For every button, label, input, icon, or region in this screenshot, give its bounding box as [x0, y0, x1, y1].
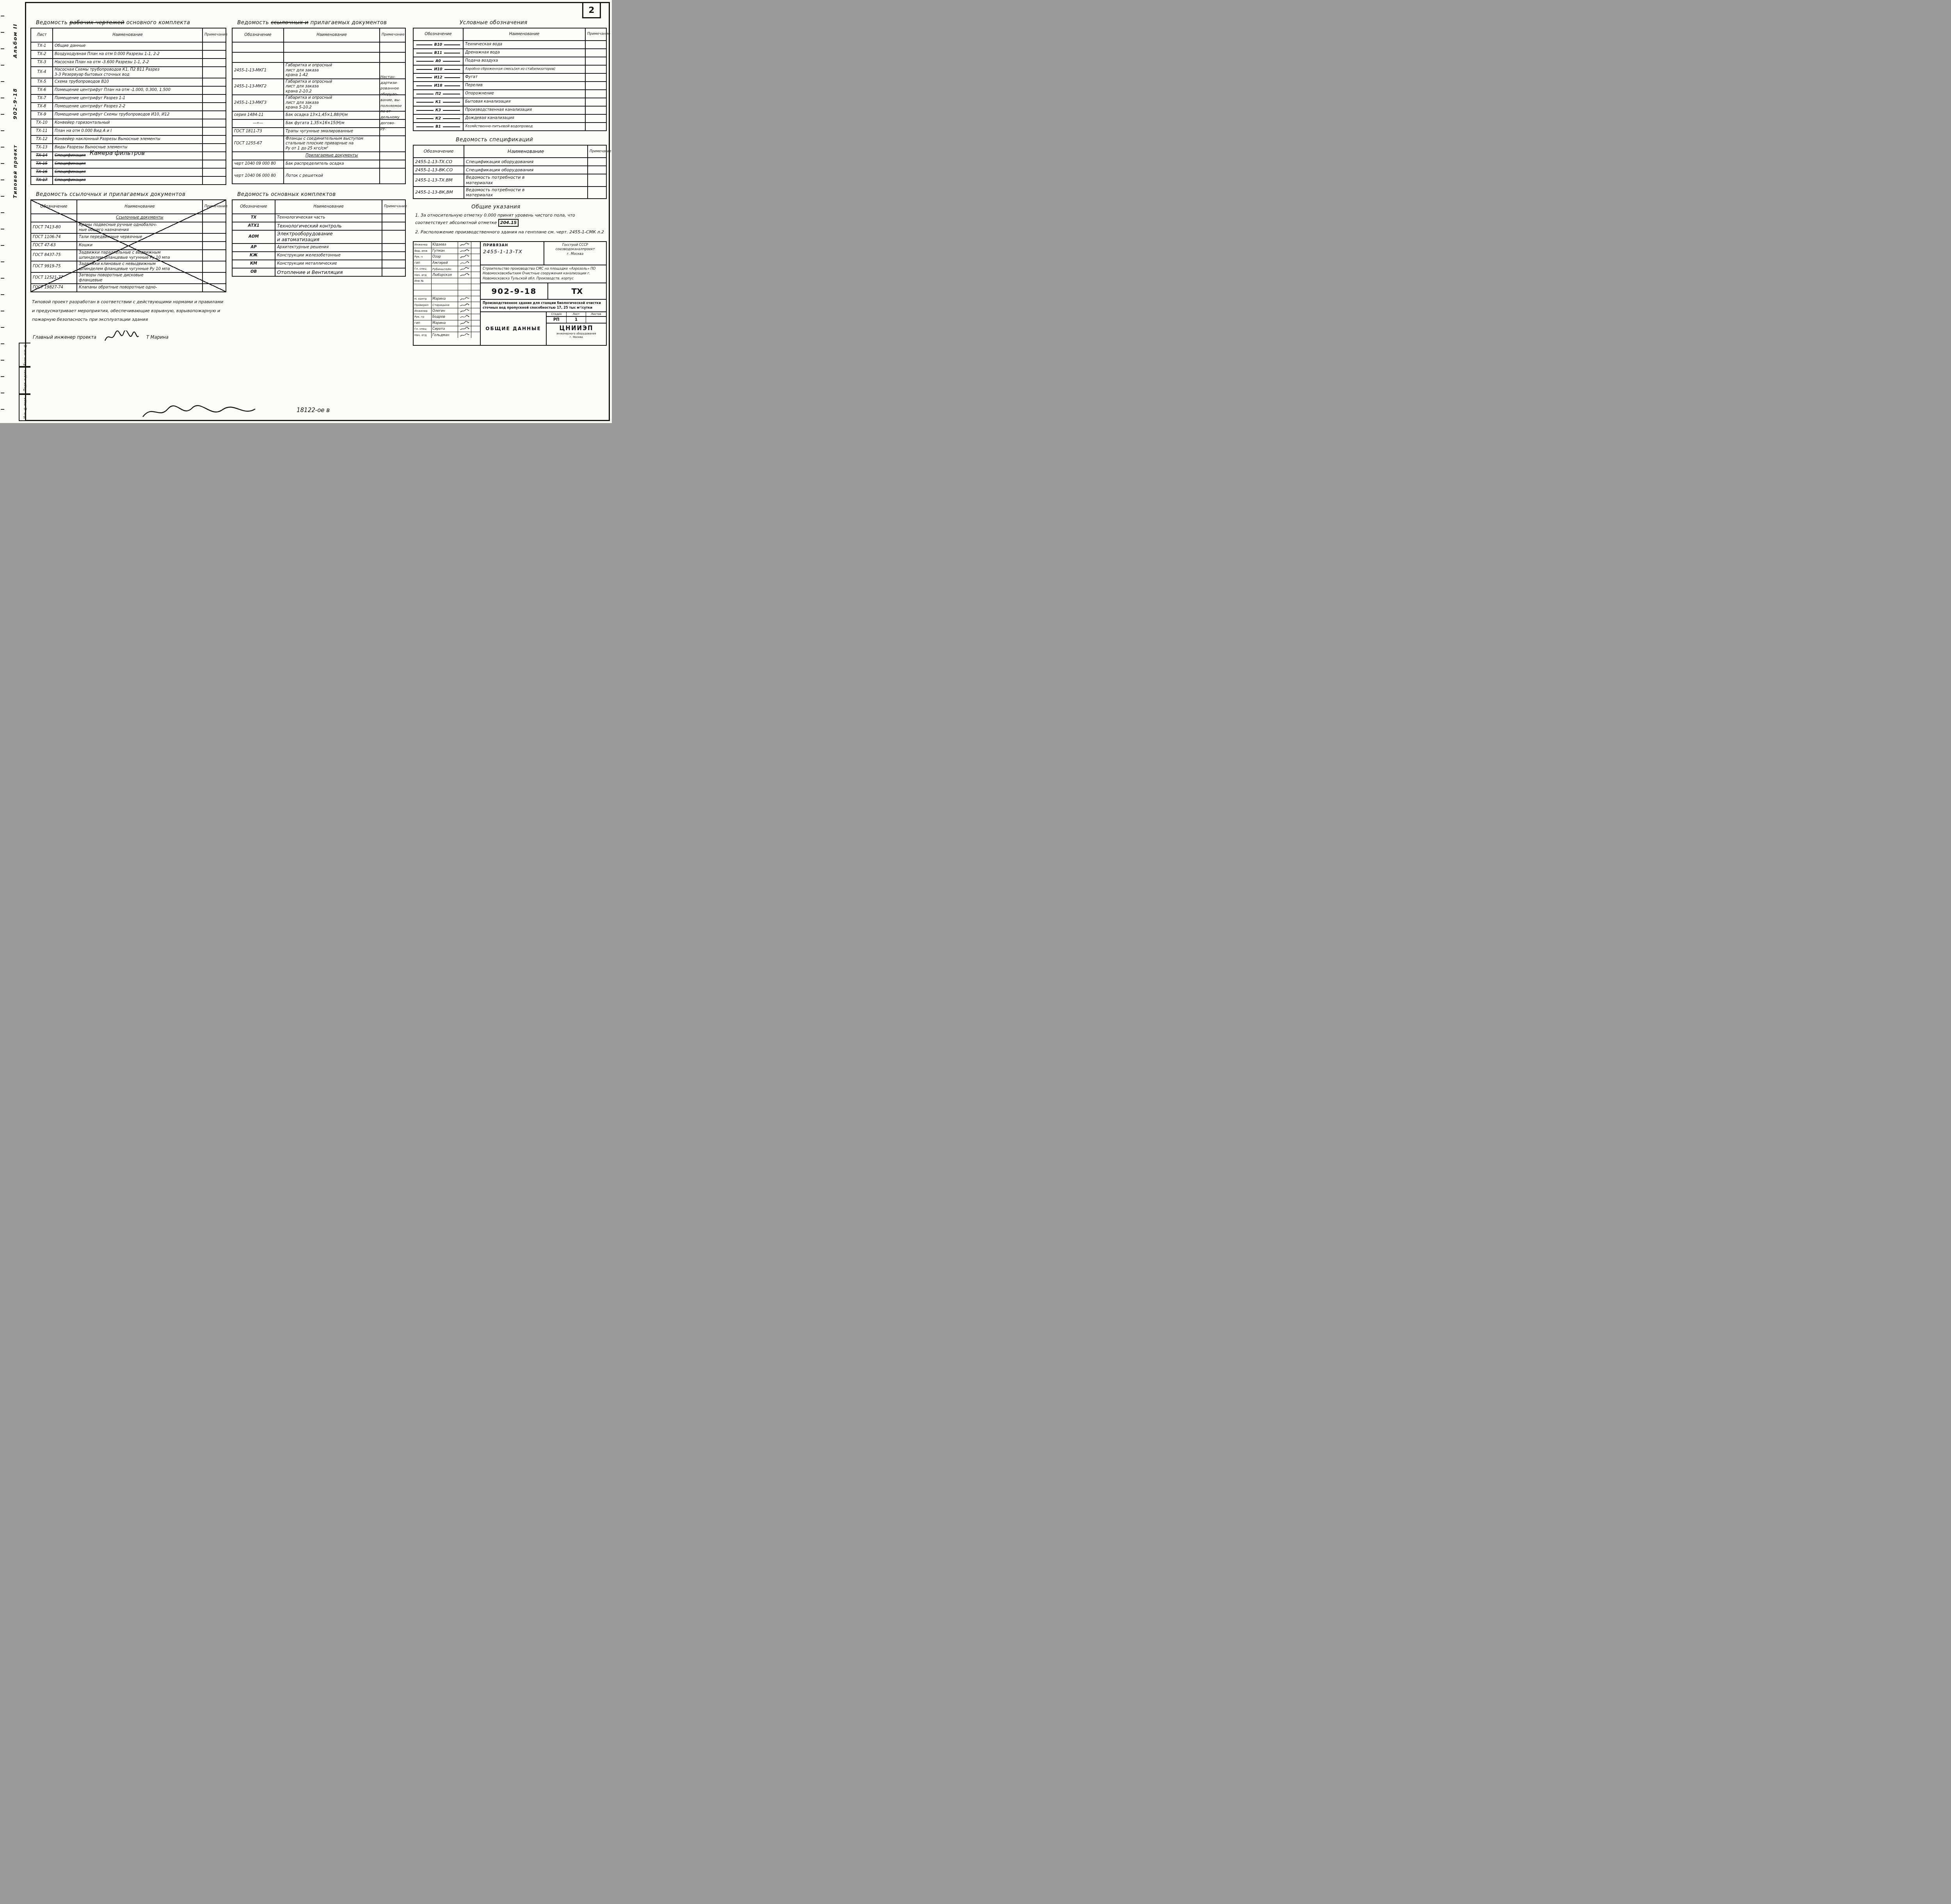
spec-list-table: Обозначение Наименование Примечание 2455…	[413, 145, 607, 199]
legend-table: Обозначение Наименование Примечание В10Т…	[413, 28, 607, 131]
crossed-table-title: Ведомость ссылочных и прилагаемых докуме…	[36, 191, 226, 197]
handwritten-mark: 18122-ое в	[297, 407, 330, 414]
note-1: 1. За относительную отметку 0.000 принят…	[415, 212, 607, 227]
pipeline-symbol: И10	[415, 67, 461, 72]
general-notes-title: Общие указания	[471, 204, 607, 210]
table-header: Лист Наименование Примечание	[31, 28, 226, 42]
stage-values: РП1	[547, 317, 606, 324]
legend-row: И18Перелив	[414, 81, 606, 89]
signature-scribble-icon	[460, 273, 469, 277]
table-row: ГОСТ 12521-77Затворы поворотные дисковые…	[31, 272, 226, 283]
sign-row: ИнженерОлегин	[414, 308, 480, 314]
org-top: Госстрой СССР союзводоканалпроект г. Мос…	[544, 242, 606, 265]
pipeline-symbol: А0	[415, 59, 461, 64]
table-row: ТХ-7Помещение центрифуг Разрез 1-1	[31, 94, 226, 102]
note-column-text: Нестан- дартизи- рованное оборудо- вание…	[380, 75, 404, 132]
signature-scribble-icon	[460, 321, 469, 325]
project-kind-vertical: Типовой проект	[12, 144, 18, 198]
table-row: ТХТехнологическая часть	[233, 213, 405, 222]
pipeline-symbol: В1	[415, 124, 461, 129]
legend-row: К2Дождевая канализация	[414, 114, 606, 122]
table-row: ГОСТ 47-63Кошки	[31, 241, 226, 249]
table-row: серия 1484-11Бак осадка 13×1,45×1,88(Н)м	[233, 111, 405, 119]
table-row: ТХ-4Насосная Схемы трубопроводов К1, П2 …	[31, 66, 226, 78]
ref-docs-table: Обозначение Наименование Примечание 2455…	[232, 28, 406, 184]
table-row: АОМЭлектрооборудование и автоматизация	[233, 230, 405, 243]
signature-scribble-icon	[460, 267, 469, 271]
table-row: ГОСТ 1106-74Тали передвижные червячные	[31, 233, 226, 241]
stage-header: СтадияЛистЛистов	[547, 312, 606, 317]
stamp-bottom-row: ОБЩИЕ ДАННЫЕ СтадияЛистЛистов РП1 ЦНИИЭП…	[481, 311, 606, 345]
table-header: Обозначение Наименование Примечание	[414, 28, 606, 40]
legend-row: А0Подача воздуха	[414, 57, 606, 65]
table-header: Обозначение Наименование Примечание	[414, 146, 606, 157]
section-row: Ссылочные документы	[31, 213, 226, 222]
legend-row: В1Хозяйственно-питьевой водопровод	[414, 122, 606, 130]
sign-row: Вед. инжГутман	[414, 248, 480, 254]
table-row: ТХ-10Конвейер горизонтальный	[31, 119, 226, 127]
table-row: ГОСТ 8437-75Задвижки параллельные с выдв…	[31, 249, 226, 261]
sign-row: Н. контрМарина	[414, 296, 480, 302]
stamp-right: ПРИВЯЗАН 2455-1-13-ТХ Госстрой СССР союз…	[481, 242, 606, 345]
table-row: ТХ-6Помещение центрифуг План на отм -1.0…	[31, 86, 226, 94]
stage-org-cell: СтадияЛистЛистов РП1 ЦНИИЭП инженерного …	[547, 312, 606, 345]
left-margin-strip: Альбом II 902-9-18 Типовой проект Взам. …	[5, 0, 25, 423]
pipeline-symbol: К2	[415, 116, 461, 121]
table-row-struck: ТХ-15Спецификация	[31, 160, 226, 168]
column-right: Условные обозначения Обозначение Наимено…	[413, 20, 607, 346]
legend-row: П2Опорожнение	[414, 89, 606, 98]
table-row: ТХ-9Помещение центрифуг Схемы трубопрово…	[31, 110, 226, 119]
legend-row: К3Производственная канализация	[414, 106, 606, 114]
series-row: 902-9-18 ТХ	[481, 283, 606, 299]
series-code: 902-9-18	[481, 286, 547, 296]
legend-row: К1Бытовая канализация	[414, 98, 606, 106]
sign-row: ГИПАжгирей	[414, 260, 480, 266]
footer-paragraph: Типовой проект разработан в соответствии…	[32, 298, 225, 324]
table-row-struck: ТХ-17Спецификация	[31, 176, 226, 184]
signature-scribble-icon	[460, 327, 469, 331]
table-row: черт 1040 06 000 80Лоток с решеткой	[233, 168, 405, 183]
elevation-boxed-value: 204.15	[498, 219, 519, 227]
overlay-correction: Камера фильтров	[90, 149, 145, 156]
spec-list-title: Ведомость спецификаций	[456, 137, 607, 143]
legend-row: В11Дренажная вода	[414, 48, 606, 57]
table-header: Обозначение Наименование Примечание	[233, 200, 405, 213]
table-header: Обозначение Наименование Примечание	[233, 28, 405, 42]
signer-role: Главный инженер проекта	[33, 334, 96, 340]
legend-title: Условные обозначения	[460, 20, 607, 26]
signature-grid: ИнженерЮдаева Вед. инжГутман Рук. чОзар …	[414, 242, 481, 345]
signature-scribble-icon	[460, 297, 469, 301]
general-notes: 1. За относительную отметку 0.000 принят…	[415, 212, 607, 236]
table-row: ГОСТ 19827-74Клапаны обратные поворотные…	[31, 283, 226, 292]
table-row: КЖКонструкции железобетонные	[233, 251, 405, 260]
table-row: ТХ-3Насосная План на отм -3.600 Разрезы …	[31, 58, 226, 66]
sign-row: ПроверилСтарицына	[414, 302, 480, 308]
table-row: Прилагаемые документы	[233, 151, 405, 160]
table-row: —«—Бак фугата 1,35×16×15(Н)м	[233, 119, 405, 127]
drawing-sheet: Альбом II 902-9-18 Типовой проект Взам. …	[0, 0, 612, 423]
signature-scribble-icon	[460, 333, 469, 337]
legend-row: И12Фугат	[414, 73, 606, 81]
sign-row: Рук. чОзар	[414, 254, 480, 260]
signature-scribble-icon	[460, 303, 469, 307]
table-row: АРАрхитектурные решения	[233, 243, 405, 251]
stamp-binding-row: ПРИВЯЗАН 2455-1-13-ТХ Госстрой СССР союз…	[481, 242, 606, 265]
project-code-vertical: 902-9-18	[12, 88, 18, 119]
sign-row-empty	[414, 284, 480, 290]
column-left: Ведомость рабочих чертежей основного ком…	[30, 20, 226, 344]
binding-code: 2455-1-13-ТХ	[483, 249, 541, 255]
table-row: КМКонструкции металлические	[233, 260, 405, 268]
table-row: 2455-1-13-ВК.СОСпецификация оборудования	[414, 165, 606, 174]
table-row: 2455-1-13-ТХ.СОСпецификация оборудования	[414, 157, 606, 165]
table-row: ГОСТ 9919-75Задвижки клиновые с невыдвиж…	[31, 261, 226, 272]
table-row: ГОСТ 1255-67Фланцы с соединительным выст…	[233, 135, 405, 152]
pipeline-symbol: В10	[415, 43, 461, 47]
sign-row: Гл. спецСирота	[414, 326, 480, 332]
title-block-stamp: ИнженерЮдаева Вед. инжГутман Рук. чОзар …	[413, 241, 607, 346]
sheet-title: ОБЩИЕ ДАННЫЕ	[481, 312, 547, 345]
set-code: ТХ	[547, 283, 606, 299]
table-row: 2455-1-13-ВК,ВМВедомость потребности в м…	[414, 186, 606, 199]
signature-scribble-icon	[460, 309, 469, 313]
sign-row: Инв №	[414, 278, 480, 284]
table-row: ТХ-5Схема трубопроводов В10	[31, 78, 226, 86]
binding-label: ПРИВЯЗАН	[483, 244, 541, 247]
table-row: ТХ-12Конвейер наклонный Разрезы Выносные…	[31, 135, 226, 143]
signature-scribble-icon	[460, 243, 469, 247]
pipeline-symbol: И18	[415, 84, 461, 88]
bottom-signature-scribble-icon	[140, 402, 258, 420]
construction-description: Строительство производства СМС на площад…	[481, 265, 606, 283]
edge-tick-marks	[1, 0, 4, 423]
table-row	[233, 52, 405, 62]
signature-scribble-icon	[460, 315, 469, 319]
main-sets-title: Ведомость основных комплектов	[237, 191, 406, 197]
binding-cell: ПРИВЯЗАН 2455-1-13-ТХ	[481, 242, 544, 265]
table-row: ТХ-1Общие данные	[31, 42, 226, 50]
pipeline-symbol: К1	[415, 100, 461, 105]
chief-engineer-signature-row: Главный инженер проекта Т Марина	[33, 331, 226, 344]
signature-scribble-icon	[460, 261, 469, 265]
table-row: черт 1040 09 000 80Бак распределитель ос…	[233, 160, 405, 168]
page-number-box: 2	[582, 2, 601, 18]
table-row-struck: ТХ-14СпецификацияКамера фильтров	[31, 151, 226, 160]
pipeline-symbol: В11	[415, 51, 461, 55]
building-description: Производственное здание для станции биол…	[481, 299, 606, 311]
table-row: ТХ-11План на отм 0.000 Вид А и I	[31, 127, 226, 135]
table-row	[233, 42, 405, 52]
pipeline-symbol: К3	[415, 108, 461, 113]
table-row: ГОСТ 1811-73Трапы чугунные эмалированные	[233, 127, 405, 135]
sign-row: Гл. спецРубинштейн	[414, 266, 480, 272]
table-row: АТХ1Технологический контроль	[233, 222, 405, 230]
table-header: Обозначение Наименование Примечание	[31, 200, 226, 213]
table-row: 2455-1-13-ТХ.ВМВедомость потребности в м…	[414, 174, 606, 186]
signature-scribble-icon	[103, 331, 139, 344]
main-sets-table: Обозначение Наименование Примечание ТХТе…	[232, 199, 406, 277]
signer-name: Т Марина	[146, 334, 169, 340]
sign-row: Рук. грБодров	[414, 314, 480, 320]
sign-row: Нач. отдЛюбарская	[414, 272, 480, 277]
table-row: 2455-1-13-МКГ1Габаритка и опросный лист …	[233, 62, 405, 78]
legend-row: И10Аэробно-сброженная смесь(ил из стабил…	[414, 65, 606, 73]
crossed-out-table: Обозначение Наименование Примечание Ссыл…	[30, 199, 226, 292]
album-label: Альбом II	[12, 23, 18, 58]
pipeline-symbol: И12	[415, 75, 461, 80]
sign-row: ГИПМарина	[414, 320, 480, 326]
sign-row: Нач. отдГольдман	[414, 332, 480, 338]
table-row: 2455-1-13-МКГ2Габаритка и опросный лист …	[233, 78, 405, 95]
signature-scribble-icon	[460, 255, 469, 259]
table-row: 2455-1-13-МКГ3Габаритка и опросный лист …	[233, 94, 405, 111]
pipeline-symbol: П2	[415, 92, 461, 96]
working-drawings-title: Ведомость рабочих чертежей основного ком…	[36, 20, 226, 26]
table-row: ГОСТ 7413-80Краны подвесные ручные одноб…	[31, 222, 226, 233]
signature-scribble-icon	[460, 249, 469, 253]
table-row: ОВОтопление и Вентиляция	[233, 268, 405, 276]
table-row-struck: ТХ-16Спецификация	[31, 168, 226, 176]
sign-row-empty	[414, 290, 480, 296]
working-drawings-table: Лист Наименование Примечание ТХ-1Общие д…	[30, 28, 226, 185]
org-bottom: ЦНИИЭП инженерного оборудования г. Москв…	[547, 324, 606, 339]
legend-row: В10Техническая вода	[414, 40, 606, 48]
ref-docs-title: Ведомость ссылочных и прилагаемых докуме…	[237, 20, 406, 26]
table-row: ТХ-2Воздуходувная План на отм 0.000 Разр…	[31, 50, 226, 58]
column-middle: Ведомость ссылочных и прилагаемых докуме…	[232, 20, 406, 277]
table-row: ТХ-8Помещение центрифуг Разрез 2-2	[31, 102, 226, 110]
sign-row: ИнженерЮдаева	[414, 242, 480, 248]
note-2: 2. Расположение производственного здания…	[415, 229, 607, 236]
